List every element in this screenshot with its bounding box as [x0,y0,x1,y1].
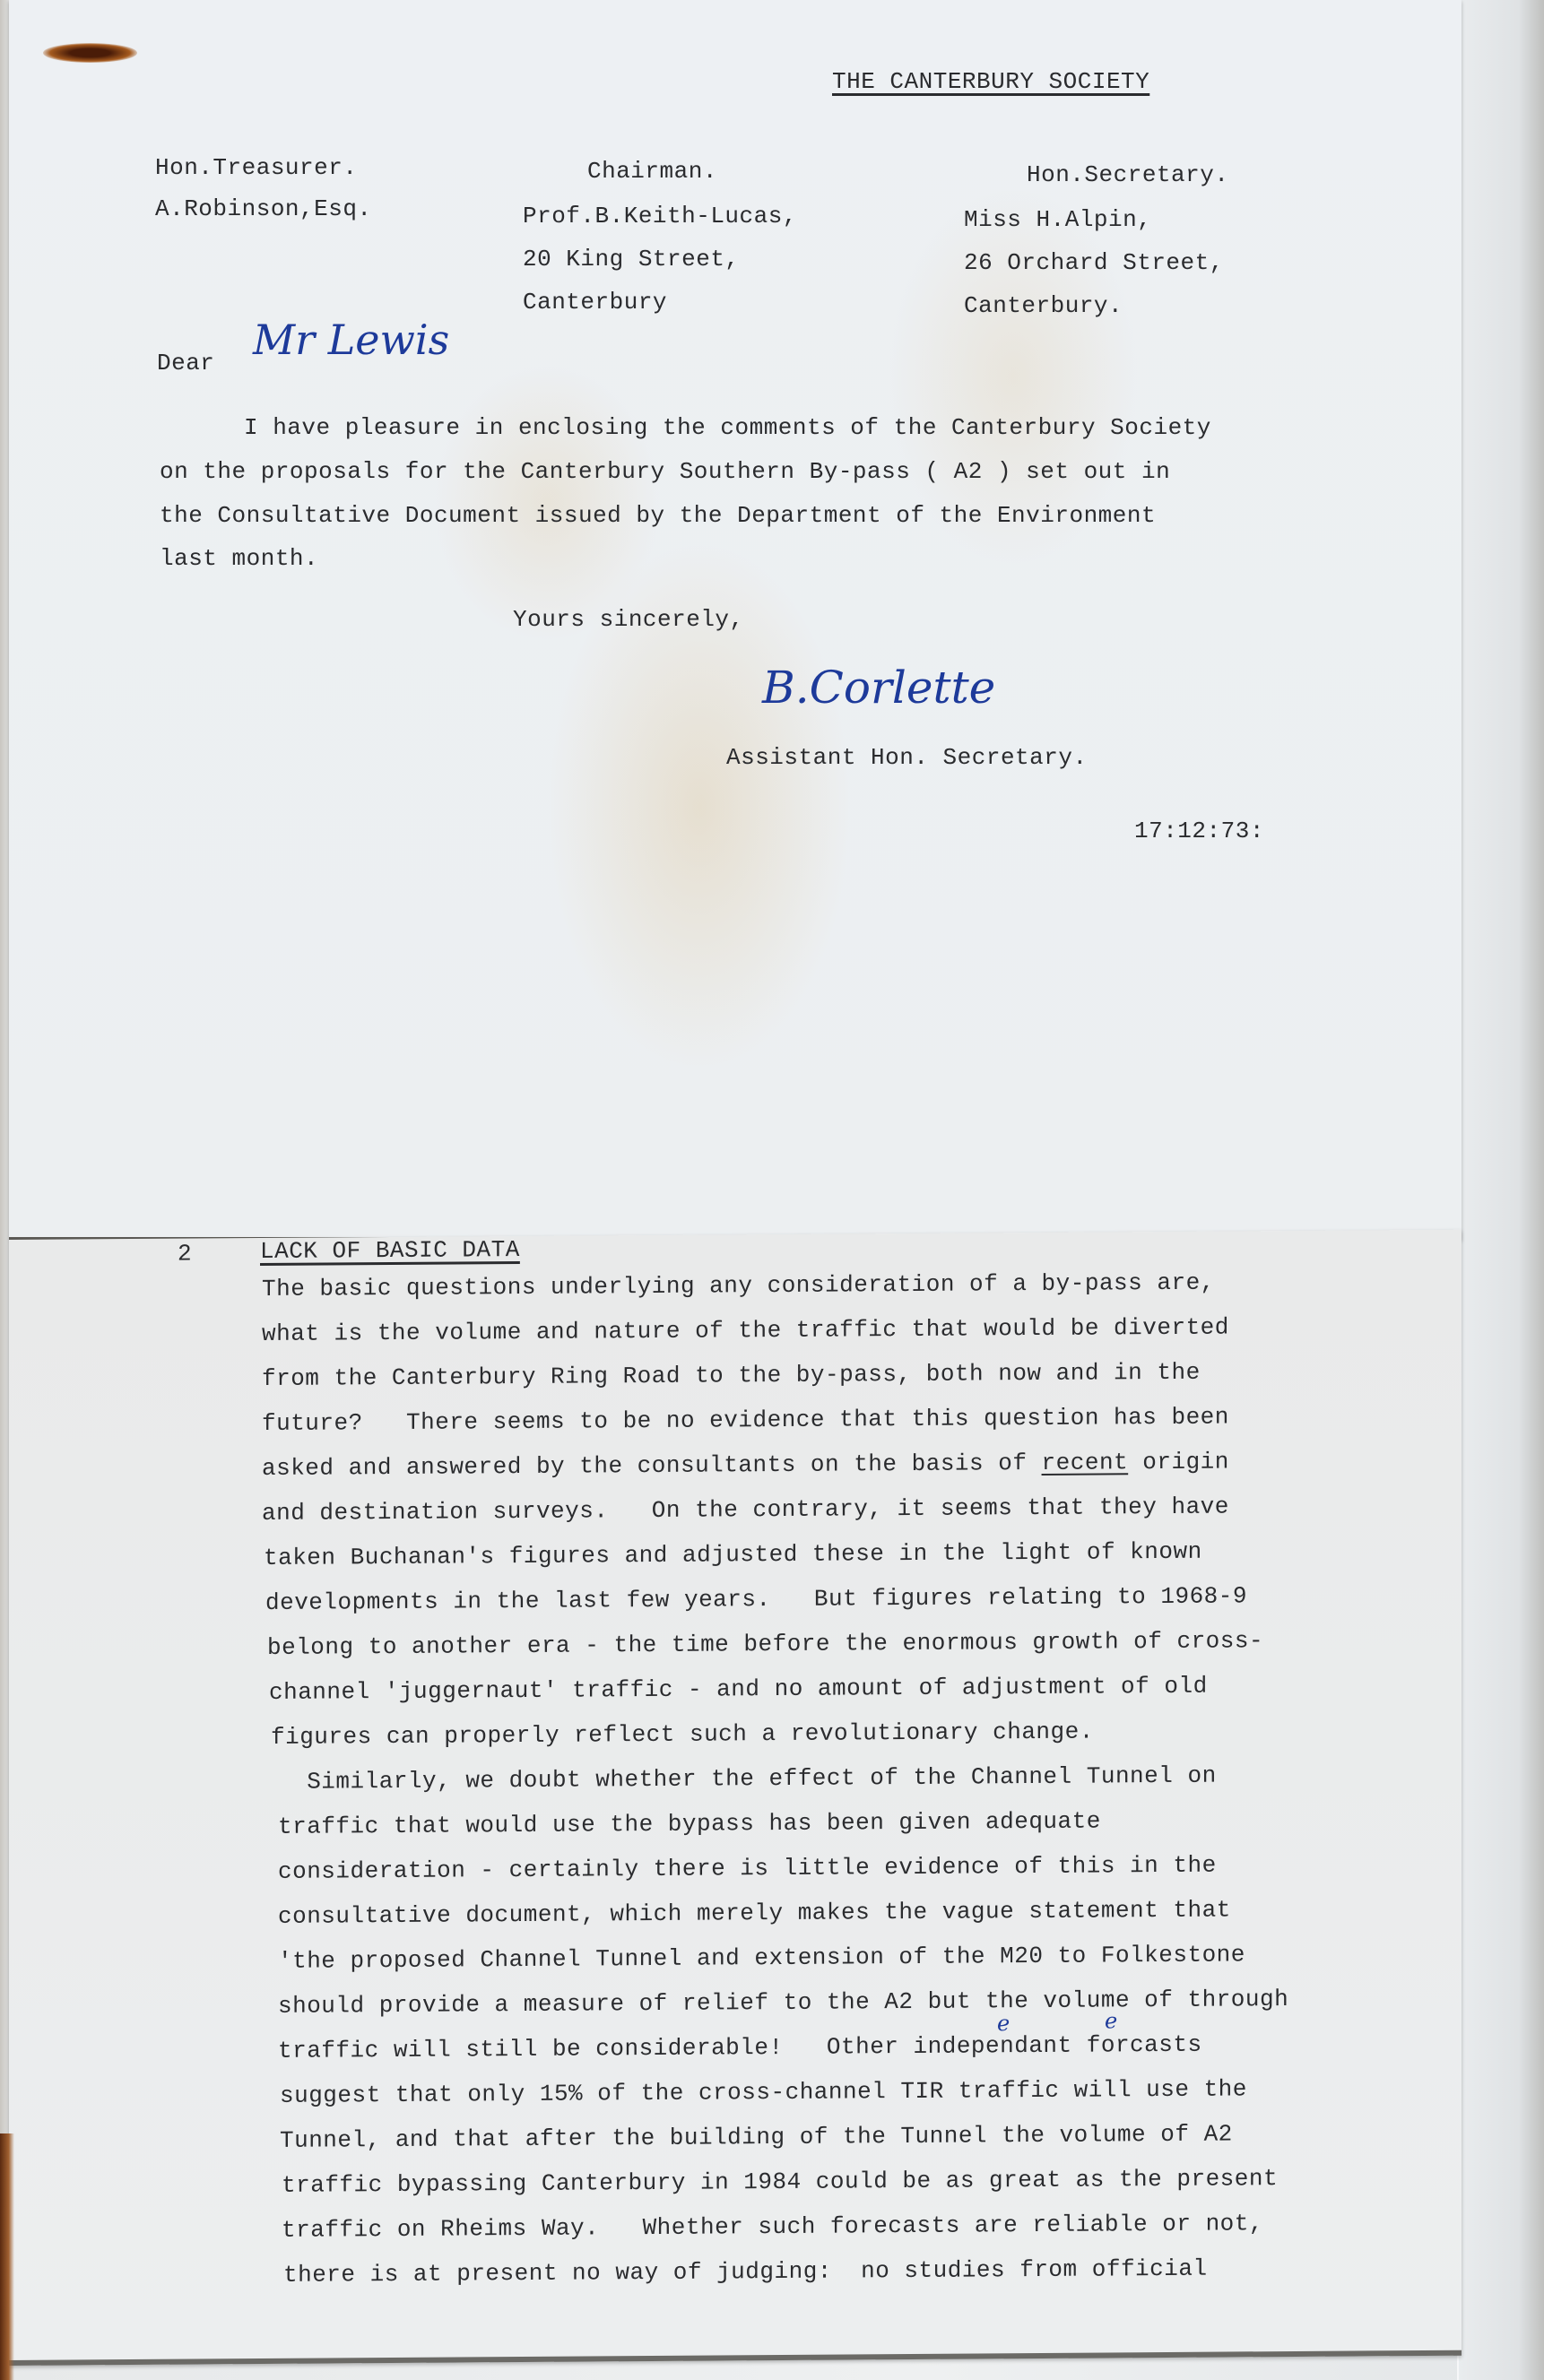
body-line-3: the Consultative Document issued by the … [160,502,1156,529]
body-line-2: on the proposals for the Canterbury Sout… [160,458,1170,485]
chairman-address-2: Canterbury [523,289,667,316]
secretary-address-1: 26 Orchard Street, [964,249,1224,276]
para1-line-5-end: origin [1128,1448,1229,1476]
underlying-page-edge [1457,0,1544,2380]
closing: Yours sincerely, [513,606,744,633]
handwritten-signature: B.Corlette [762,662,995,714]
treasurer-role: Hon.Treasurer. [155,154,357,181]
secretary-name: Miss H.Alpin, [964,206,1151,233]
secretary-role: Hon.Secretary. [1027,161,1228,188]
para2-line-7: traffic will still be considerable! Othe… [278,2031,1202,2064]
treasurer-name: A.Robinson,Esq. [155,195,372,222]
handwritten-recipient-name: Mr Lewis [253,316,449,364]
para2-line-1: Similarly, we doubt whether the effect o… [278,1762,1217,1796]
para2-line-8: suggest that only 15% of the cross-chann… [280,2075,1247,2109]
para2-line-9: Tunnel, and that after the building of t… [280,2120,1233,2153]
para1-line-1: The basic questions underlying any consi… [262,1269,1215,1303]
para1-line-7: taken Buchanan's figures and adjusted th… [264,1538,1202,1571]
signatory-title: Assistant Hon. Secretary. [726,744,1088,771]
para2-line-11: traffic on Rheims Way. Whether such fore… [282,2210,1263,2244]
para1-line-5-text: asked and answered by the consultants on… [262,1450,1042,1482]
para2-line-5: 'the proposed Channel Tunnel and extensi… [278,1941,1245,1975]
section-heading: LACK OF BASIC DATA [260,1236,520,1265]
para1-line-5: asked and answered by the consultants on… [262,1448,1229,1482]
handwritten-correction-1: e [997,2011,1010,2036]
para2-line-4: consultative document, which merely make… [278,1896,1231,1929]
para2-line-6: should provide a measure of relief to th… [278,1986,1288,2020]
para2-line-10: traffic bypassing Canterbury in 1984 cou… [282,2165,1278,2199]
para1-line-2: what is the volume and nature of the tra… [262,1313,1229,1347]
rust-staple-mark [43,43,137,63]
chairman-address-1: 20 King Street, [523,246,740,273]
underlined-recent: recent [1042,1449,1129,1476]
chairman-role: Chairman. [587,158,717,185]
para1-line-9: belong to another era - the time before … [267,1627,1263,1661]
para1-line-8: developments in the last few years. But … [265,1582,1247,1616]
para2-line-2: traffic that would use the bypass has be… [278,1807,1101,1839]
para2-line-12: there is at present no way of judging: n… [283,2255,1208,2289]
para2-line-3: consideration - certainly there is littl… [278,1852,1217,1885]
rust-edge-stain [0,2133,14,2380]
para1-line-10: channel 'juggernaut' traffic - and no am… [269,1673,1208,1706]
secretary-address-2: Canterbury. [964,292,1123,319]
salutation: Dear [157,350,214,376]
para1-line-4: future? There seems to be no evidence th… [262,1403,1229,1437]
chairman-name: Prof.B.Keith-Lucas, [523,203,797,229]
body-line-1: I have pleasure in enclosing the comment… [244,414,1211,441]
para1-line-11: figures can properly reflect such a revo… [271,1718,1094,1751]
handwritten-correction-2: e [1105,2008,1117,2033]
para1-line-6: and destination surveys. On the contrary… [262,1493,1229,1527]
letter-date: 17:12:73: [1134,818,1264,844]
society-title: THE CANTERBURY SOCIETY [832,68,1149,95]
para1-line-3: from the Canterbury Ring Road to the by-… [262,1359,1201,1392]
section-number: 2 [178,1241,192,1268]
cover-letter-sheet: THE CANTERBURY SOCIETY Hon.Treasurer. A.… [9,0,1462,1240]
comments-sheet: 2 LACK OF BASIC DATA The basic questions… [9,1230,1462,2366]
body-line-4: last month. [160,545,318,572]
